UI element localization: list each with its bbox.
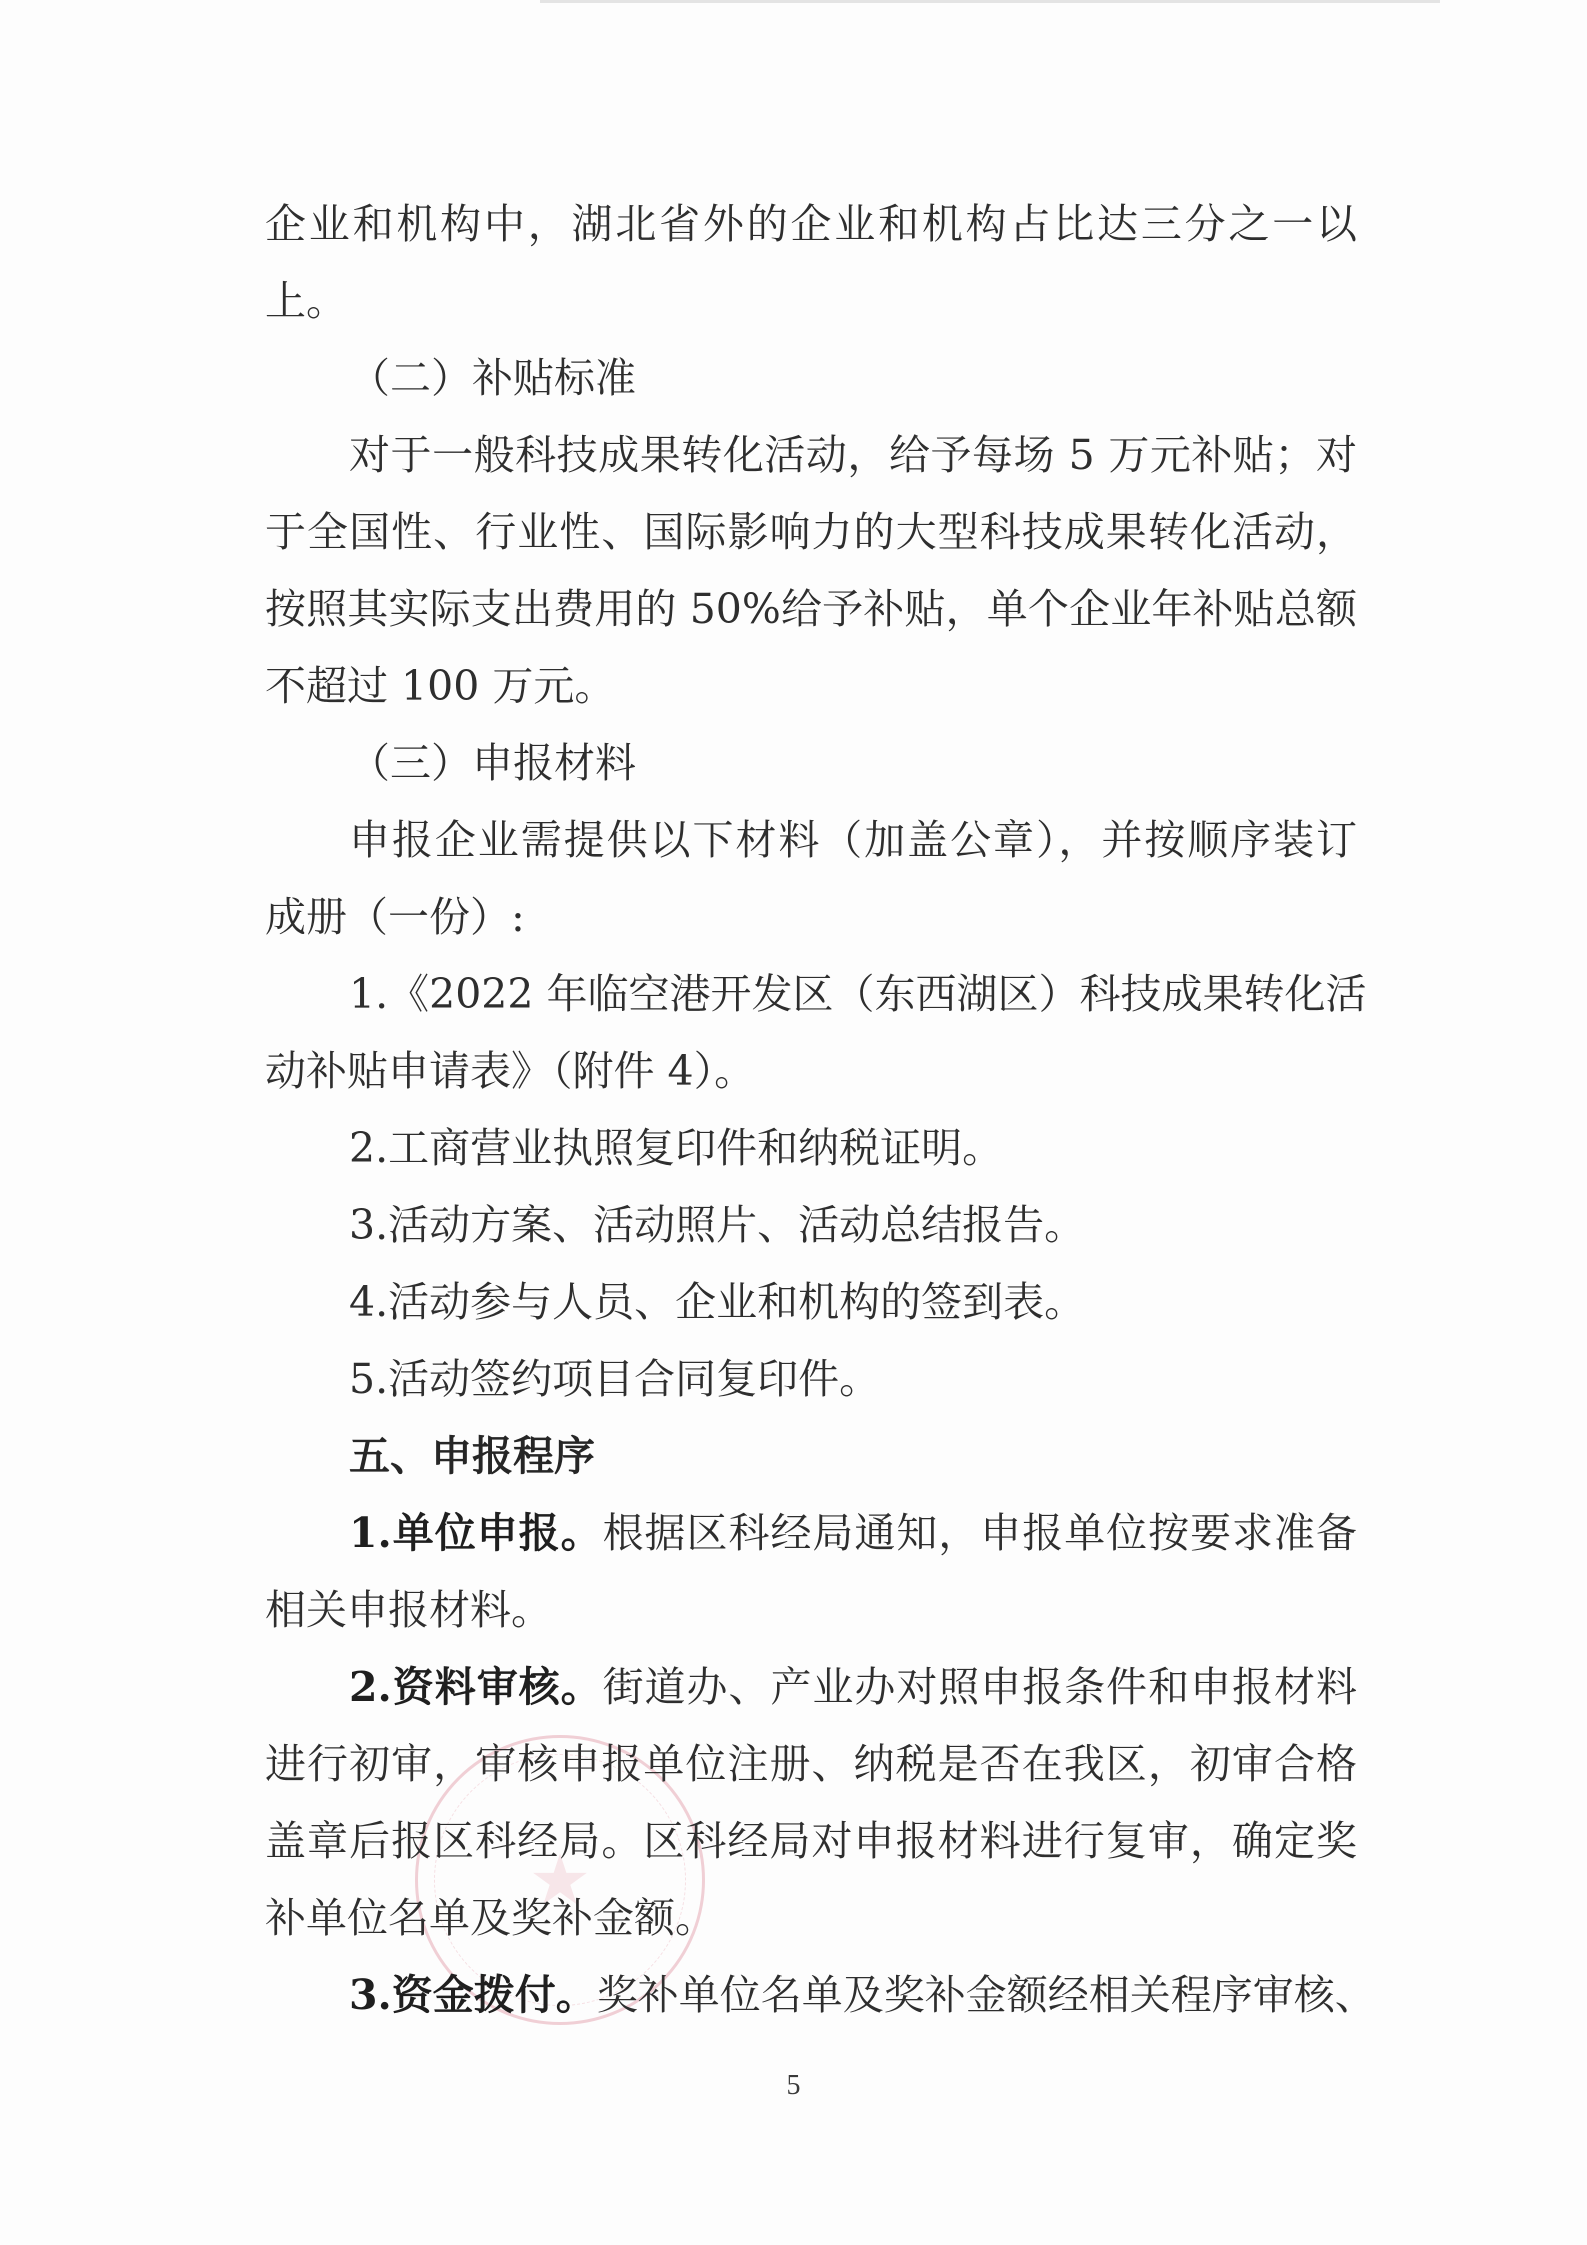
paragraph-line: 对于一般科技成果转化活动，给予每场 5 万元补贴；对 <box>265 417 1357 494</box>
procedure-step-1-title: 1.单位申报。 <box>349 1509 603 1557</box>
paragraph-line: 按照其实际支出费用的 50%给予补贴，单个企业年补贴总额 <box>265 571 1357 648</box>
procedure-step-3-text: 奖补单位名单及奖补金额经相关程序审核、 <box>597 1971 1376 2019</box>
list-item-5: 5.活动签约项目合同复印件。 <box>265 1341 1357 1418</box>
procedure-step-2-continued: 进行初审，审核申报单位注册、纳税是否在我区，初审合格 <box>265 1726 1357 1803</box>
section-heading-application-procedure: 五、申报程序 <box>265 1418 1357 1495</box>
paragraph-line: 成册（一份）: <box>265 879 1357 956</box>
scan-edge-shadow <box>540 0 1440 3</box>
paragraph-line: 申报企业需提供以下材料（加盖公章），并按顺序装订 <box>265 802 1357 879</box>
procedure-step-2-text: 街道办、产业办对照申报条件和申报材料 <box>603 1663 1357 1711</box>
paragraph-line: 于全国性、行业性、国际影响力的大型科技成果转化活动， <box>265 494 1357 571</box>
list-item-1-continued: 动补贴申请表》（附件 4）。 <box>265 1033 1357 1110</box>
list-item-4: 4.活动参与人员、企业和机构的签到表。 <box>265 1264 1357 1341</box>
list-item-1: 1.《2022 年临空港开发区（东西湖区）科技成果转化活 <box>265 956 1357 1033</box>
subsection-heading-application-materials: （三）申报材料 <box>265 725 1357 802</box>
procedure-step-2-continued: 盖章后报区科经局。区科经局对申报材料进行复审，确定奖 <box>265 1803 1357 1880</box>
procedure-step-3: 3.资金拨付。奖补单位名单及奖补金额经相关程序审核、 <box>265 1957 1357 2034</box>
procedure-step-3-title: 3.资金拨付。 <box>349 1971 597 2019</box>
procedure-step-1-text: 根据区科经局通知，申报单位按要求准备 <box>603 1509 1357 1557</box>
paragraph-line: 上。 <box>265 263 1357 340</box>
procedure-step-1-continued: 相关申报材料。 <box>265 1572 1357 1649</box>
page-number: 5 <box>0 2070 1587 2102</box>
paragraph-line: 企业和机构中，湖北省外的企业和机构占比达三分之一以 <box>265 186 1357 263</box>
procedure-step-2-title: 2.资料审核。 <box>349 1663 603 1711</box>
paragraph-line: 不超过 100 万元。 <box>265 648 1357 725</box>
list-item-3: 3.活动方案、活动照片、活动总结报告。 <box>265 1187 1357 1264</box>
procedure-step-2: 2.资料审核。街道办、产业办对照申报条件和申报材料 <box>265 1649 1357 1726</box>
body-text: 企业和机构中，湖北省外的企业和机构占比达三分之一以 上。 （二）补贴标准 对于一… <box>265 186 1357 2034</box>
subsection-heading-subsidy-standard: （二）补贴标准 <box>265 340 1357 417</box>
document-page: ★ 企业和机构中，湖北省外的企业和机构占比达三分之一以 上。 （二）补贴标准 对… <box>0 0 1587 2245</box>
list-item-2: 2.工商营业执照复印件和纳税证明。 <box>265 1110 1357 1187</box>
procedure-step-1: 1.单位申报。根据区科经局通知，申报单位按要求准备 <box>265 1495 1357 1572</box>
procedure-step-2-continued: 补单位名单及奖补金额。 <box>265 1880 1357 1957</box>
